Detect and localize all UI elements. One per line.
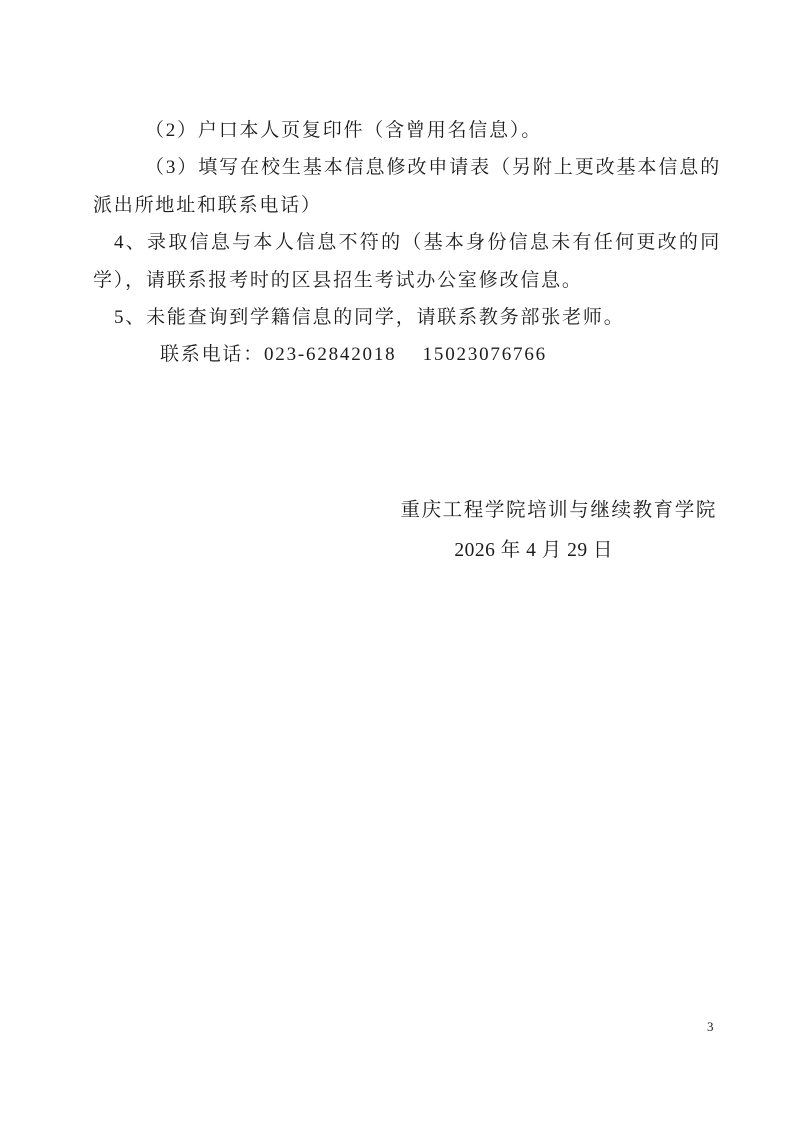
signature-date: 2026 年 4 月 29 日 (454, 534, 613, 562)
paragraph-info-change-form: （3）填写在校生基本信息修改申请表（另附上更改基本信息的派出所地址和联系电话） (93, 149, 721, 224)
paragraph-item-4: 4、录取信息与本人信息不符的（基本身份信息未有任何更改的同学），请联系报考时的区… (93, 224, 721, 299)
contact-phone-line: 联系电话：023-62842018 15023076766 (93, 336, 721, 373)
page-number: 3 (707, 1019, 714, 1035)
document-page: （2）户口本人页复印件（含曾用名信息）。 （3）填写在校生基本信息修改申请表（另… (0, 0, 793, 1122)
paragraph-household-copy: （2）户口本人页复印件（含曾用名信息）。 (93, 112, 721, 149)
signature-organization: 重庆工程学院培训与继续教育学院 (400, 494, 717, 522)
document-body: （2）户口本人页复印件（含曾用名信息）。 （3）填写在校生基本信息修改申请表（另… (93, 112, 721, 374)
paragraph-item-5: 5、未能查询到学籍信息的同学，请联系教务部张老师。 (93, 299, 721, 336)
